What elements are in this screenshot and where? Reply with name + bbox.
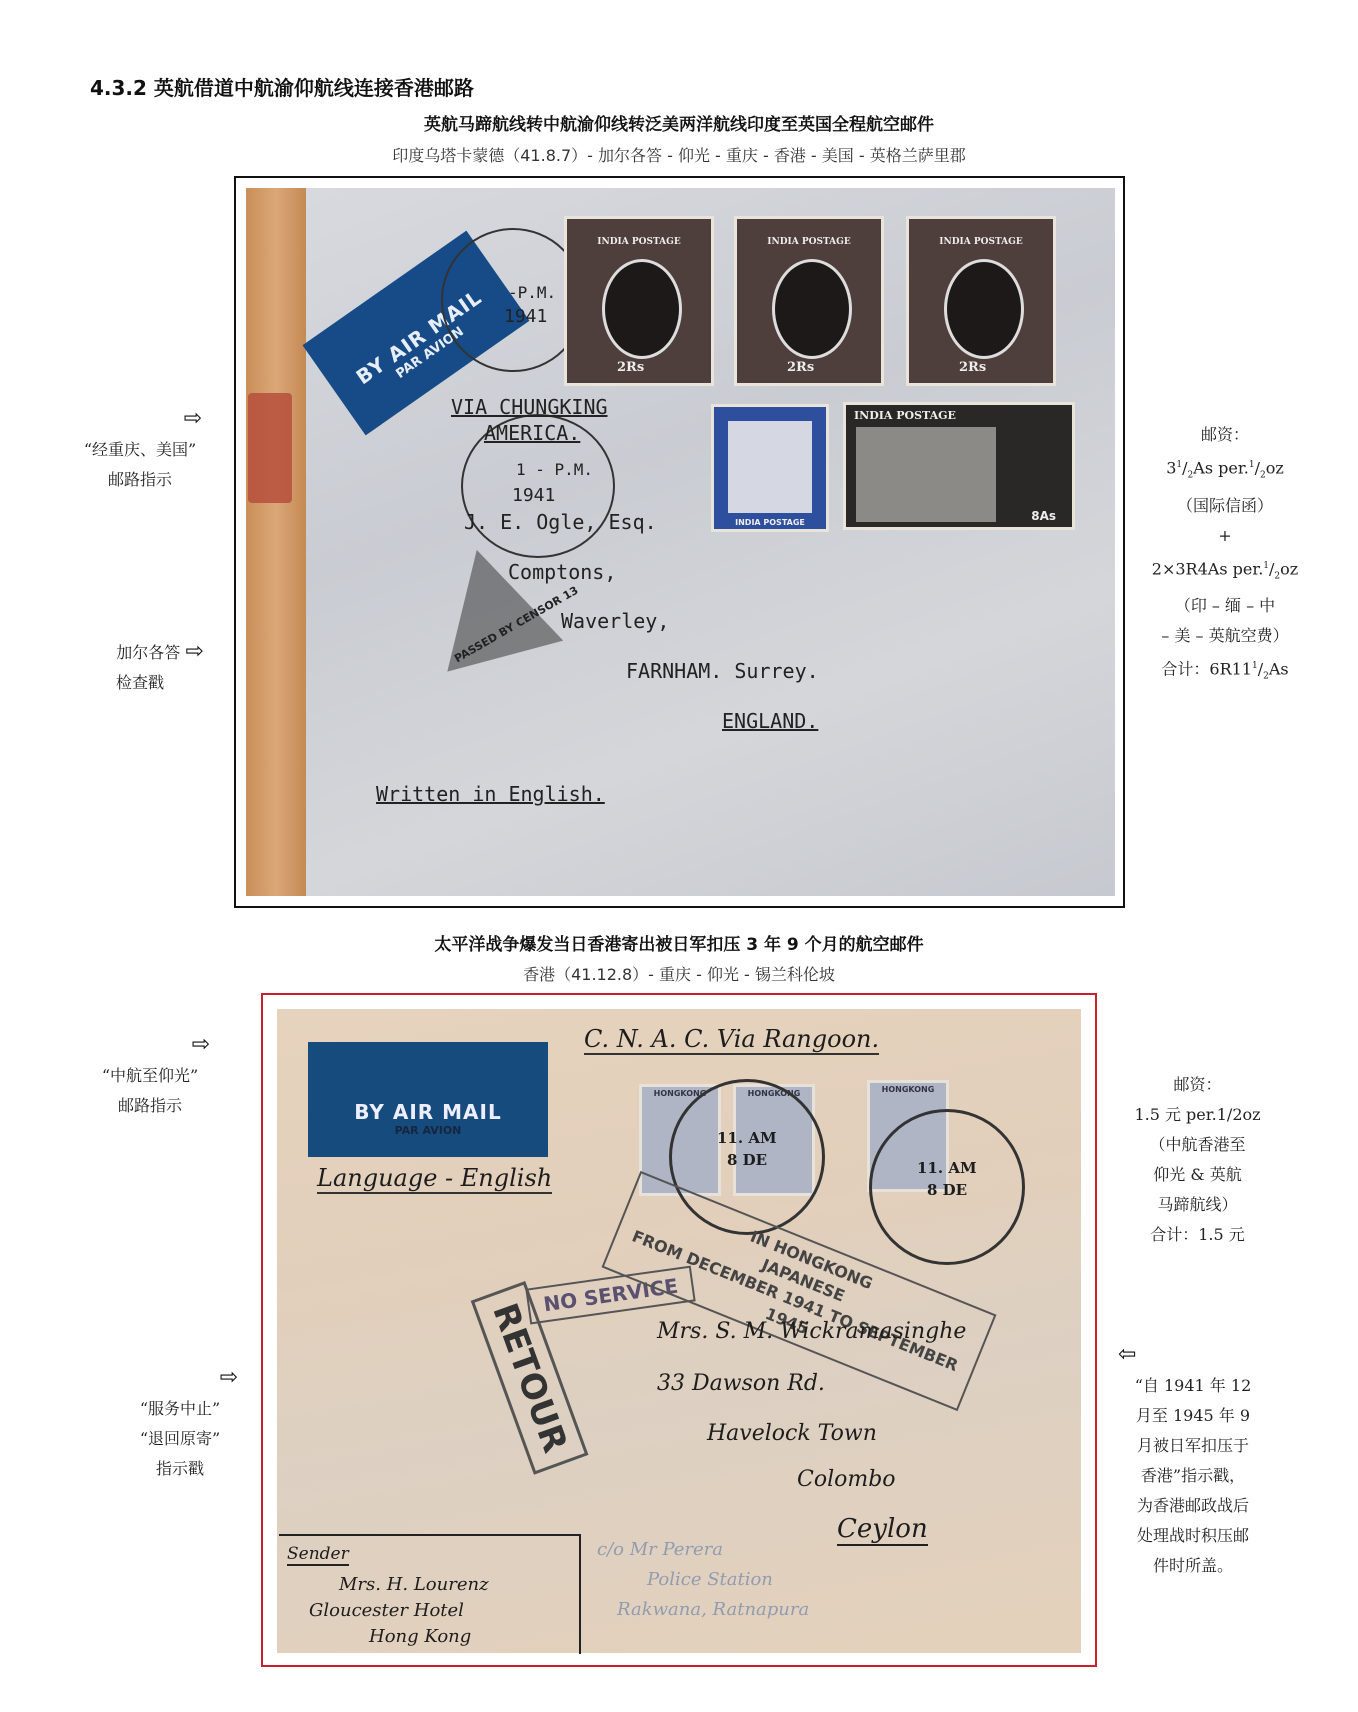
- cover2-frame: BY AIR MAIL PAR AVION C. N. A. C. Via Ra…: [261, 993, 1097, 1667]
- cover2-route: 香港（41.12.8）- 重庆 - 仰光 - 锡兰科伦坡: [0, 962, 1358, 985]
- arrow-right-icon: ⇨: [220, 1365, 238, 1390]
- postage-total: 合计：6R111/2As: [1130, 651, 1320, 692]
- note-cnac-routing: ⇨ “中航至仰光” 邮路指示: [60, 1030, 240, 1121]
- arrow-left-icon: ⇦: [1118, 1342, 1136, 1367]
- address-line: Colombo: [797, 1467, 896, 1492]
- cover1-postage-note: 邮资： 31/2As per.1/2oz （国际信函） + 2×3R4As pe…: [1130, 420, 1320, 692]
- pencil-note: Rakwana, Ratnapura: [617, 1599, 809, 1620]
- routing-instruction: C. N. A. C. Via Rangoon.: [584, 1025, 879, 1055]
- airmail-label: BY AIR MAIL PAR AVION: [308, 1042, 548, 1157]
- cover1-route: 印度乌塔卡蒙德（41.8.7）- 加尔各答 - 仰光 - 重庆 - 香港 - 美…: [0, 143, 1358, 166]
- arrow-right-icon: ⇨: [192, 1032, 210, 1057]
- routing-instruction: VIA CHUNGKING: [451, 395, 608, 419]
- stamp-2rs: INDIA POSTAGE2Rs: [564, 216, 714, 386]
- note-chungking-routing: ⇨ “经重庆、美国” 邮路指示: [40, 404, 240, 495]
- section-heading: 4.3.2 英航借道中航渝仰航线连接香港邮路: [90, 72, 474, 101]
- cover2-title: 太平洋战争爆发当日香港寄出被日军扣压 3 年 9 个月的航空邮件: [0, 930, 1358, 955]
- address-line: Mrs. S. M. Wickramasinghe: [657, 1319, 966, 1344]
- censor-seal: [248, 393, 292, 503]
- address-line: Havelock Town: [707, 1421, 877, 1446]
- censor-tape: [246, 188, 306, 896]
- postage-rate-letter: 31/2As per.1/2oz: [1130, 450, 1320, 491]
- cover1-envelope-image: BY AIR MAIL PAR AVION -P.M. 1941 INDIA P…: [246, 188, 1115, 896]
- stamp-3-half-as: INDIA POSTAGE: [711, 404, 829, 532]
- note-service-suspended: ⇨ “服务中止” “退回原寄” 指示戳: [100, 1363, 260, 1484]
- routing-instruction: AMERICA.: [484, 421, 580, 445]
- address-line: FARNHAM. Surrey.: [626, 659, 819, 683]
- cover2-postage-note: 邮资： 1.5 元 per.1/2oz （中航香港至 仰光 & 英航 马蹄航线）…: [1110, 1070, 1285, 1250]
- note-japanese-detention: ⇦ “自 1941 年 12 月至 1945 年 9 月被日军扣压于 香港”指示…: [1108, 1340, 1278, 1581]
- stamp-2rs: INDIA POSTAGE2Rs: [906, 216, 1056, 386]
- stamp-2rs: INDIA POSTAGE2Rs: [734, 216, 884, 386]
- address-country: ENGLAND.: [722, 709, 818, 733]
- address-line: J. E. Ogle, Esq.: [464, 510, 657, 534]
- address-line: 33 Dawson Rd.: [657, 1371, 825, 1396]
- address-line: Waverley,: [561, 609, 669, 633]
- address-country: Ceylon: [837, 1514, 928, 1546]
- sender-box: Sender Mrs. H. Lourenz Gloucester Hotel …: [279, 1534, 581, 1654]
- pencil-note: c/o Mr Perera: [597, 1539, 723, 1560]
- arrow-right-icon: ⇨: [185, 639, 203, 664]
- cover2-envelope-image: BY AIR MAIL PAR AVION C. N. A. C. Via Ra…: [277, 1009, 1081, 1653]
- language-note: Language - English: [317, 1164, 552, 1194]
- pencil-note: Police Station: [647, 1569, 773, 1590]
- arrow-right-icon: ⇨: [184, 406, 202, 431]
- stamp-8as: INDIA POSTAGE8As: [843, 402, 1075, 530]
- cover1-frame: BY AIR MAIL PAR AVION -P.M. 1941 INDIA P…: [234, 176, 1125, 908]
- postage-rate-air: 2×3R4As per.1/2oz: [1130, 551, 1320, 592]
- note-calcutta-censor: 加尔各答 ⇨ 检查戳: [70, 637, 250, 698]
- cover1-title: 英航马蹄航线转中航渝仰线转泛美两洋航线印度至英国全程航空邮件: [0, 110, 1358, 135]
- language-note: Written in English.: [376, 782, 605, 806]
